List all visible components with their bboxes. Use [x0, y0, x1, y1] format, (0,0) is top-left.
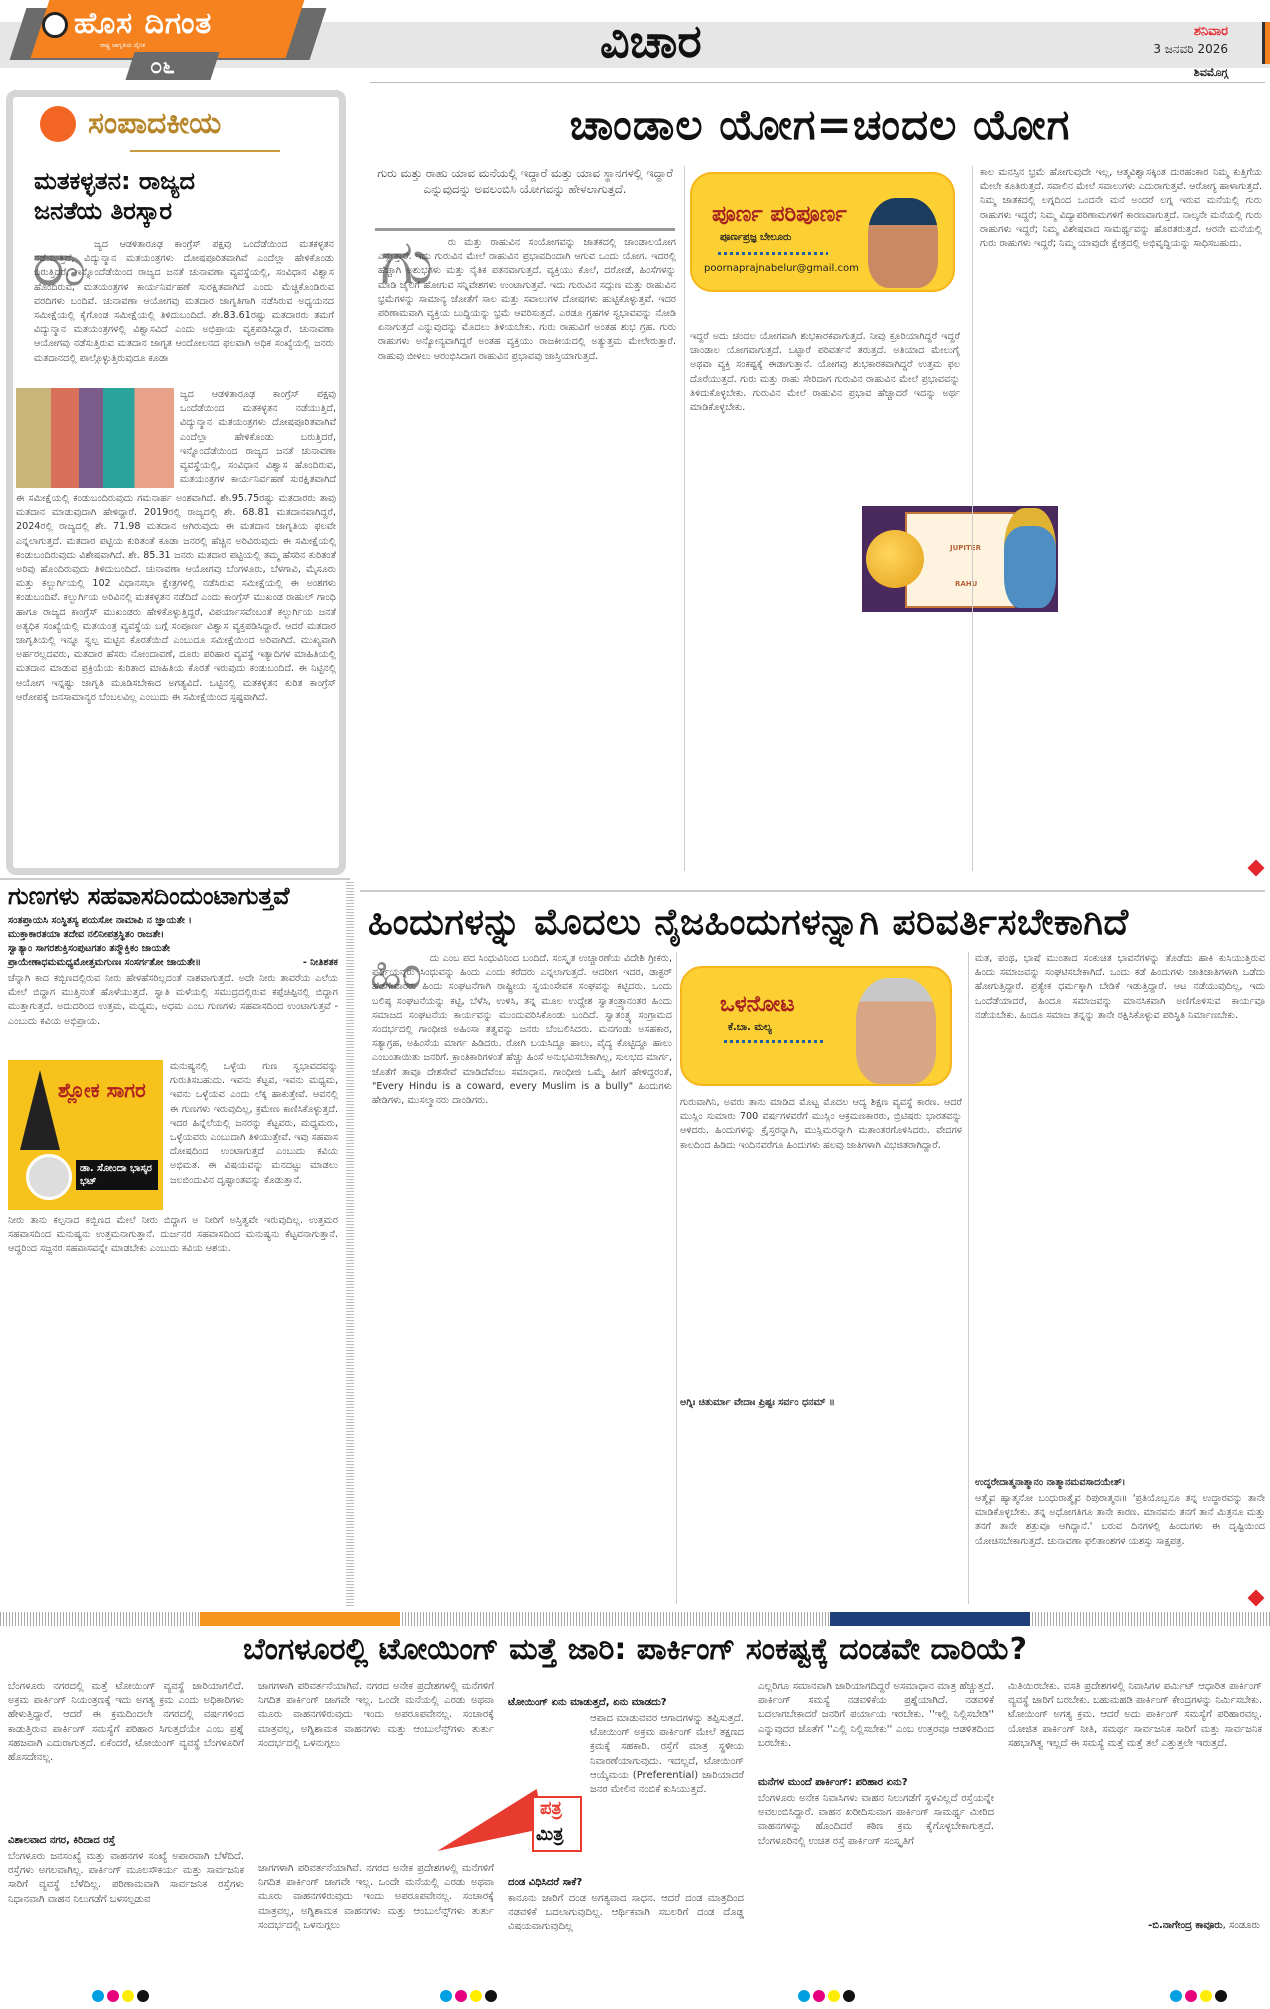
section-title: ವಿಚಾರ [600, 14, 702, 70]
registration-mark [92, 1990, 149, 2002]
column-dots [718, 252, 828, 255]
signature-place: , ಸಂಡೂರು [1223, 1920, 1260, 1931]
verse-line: ಸಂತಪ್ತಾಯಸಿ ಸಂಸ್ಥಿತಸ್ಯ ಪಯಸೋ ನಾಮಾಪಿ ನ ಜ್ಞಾ… [8, 914, 338, 928]
registration-mark [798, 1990, 855, 2002]
parking-headline[interactable]: ಬೆಂಗಳೂರಲ್ಲಿ ಟೋಯಿಂಗ್ ಮತ್ತೆ ಜಾರಿ: ಪಾರ್ಕಿಂಗ… [0, 1632, 1270, 1667]
subhashita-body3: ನೀರು ತಾನು ಕಲ್ಪನಾದ ಕಬ್ಬಿಣದ ಮೇಲೆ ನೀರು ಬಿದ್… [8, 1214, 338, 1604]
issue-date: 3 ಜನವರಿ 2026 [1153, 42, 1228, 57]
sanskrit-quote: ಉದ್ಧರೇದಾತ್ಮನಾತ್ಮಾನಂ ನಾತ್ಮಾನಮವಸಾದಯೇತ್। [975, 1476, 1265, 1490]
column-email[interactable]: poornaprajnabelur@gmail.com [704, 263, 859, 274]
verse-line: ಸ್ವಾತ್ಯಾಂ ಸಾಗರಶುಕ್ತಿಸಂಪುಟಗತಂ ತನ್ಮೌಕ್ತಿಕಂ… [8, 942, 338, 956]
stripe-blue-accent [830, 1612, 1030, 1626]
section-stripe [0, 1612, 1270, 1626]
column-divider [968, 952, 969, 1604]
column-name: ಪೂರ್ಣ ಪರಿಪೂರ್ಣ [712, 202, 847, 227]
column-author: ಪೂರ್ಣಪ್ರಜ್ಞ ಬೇಲೂರು [720, 232, 791, 243]
parking-subhead: ಮನೆಗಳ ಮುಂದೆ ಪಾರ್ಕಿಂಗ್: ಪರಿಹಾರ ಏನು? [758, 1776, 994, 1790]
verse-line: ಮುಕ್ತಾಕಾರತಯಾ ತದೇವ ನಲಿನೀಪತ್ರಸ್ಥಿತಂ ರಾಜತೇ। [8, 928, 338, 942]
hindu-col3b: ಆತ್ಮೈವ ಹ್ಯಾತ್ಮನೋ ಬಂಧುರಾತ್ಮೈವ ರಿಪುರಾತ್ಮನಃ… [975, 1492, 1265, 1602]
editorial-section-label: ಸಂಪಾದಕೀಯ [88, 106, 221, 141]
chart-label-rahu: RAHU [955, 580, 977, 588]
vertical-divider [346, 880, 354, 1606]
subhashita-verse: ಸಂತಪ್ತಾಯಸಿ ಸಂಸ್ಥಿತಸ್ಯ ಪಯಸೋ ನಾಮಾಪಿ ನ ಜ್ಞಾ… [8, 914, 338, 970]
author-photo [26, 1154, 72, 1200]
parking-col3b: ಕಾನೂನು ಜಾರಿಗೆ ದಂಡ ಅಗತ್ಯವಾದ ಸಾಧನ. ಆದರೆ ದಂ… [508, 1892, 744, 1932]
editorial-headline[interactable]: ಮತಕಳ್ಳತನ: ರಾಜ್ಯದ ಜನತೆಯ ತಿರಸ್ಕಾರ [34, 166, 334, 226]
parking-col1b: ಬೆಂಗಳೂರು ಜನಸಂಖ್ಯೆ ಮತ್ತು ವಾಹನಗಳ ಸಂಖ್ಯೆ ಅಪ… [8, 1850, 244, 1930]
column-author: ಕೆ.ಬಾ. ಮಲ್ಯ [728, 1022, 772, 1033]
verse-line: ಪ್ರಾಯೇಣಾಧಮಮಧ್ಯಮೋತ್ತಮಗುಣಃ ಸಂಸರ್ಗತೋ ಜಾಯತೇ॥ [8, 956, 201, 970]
parking-col5: ಮಿತಿಯಿರಬೇಕು. ವಸತಿ ಪ್ರದೇಶಗಳಲ್ಲಿ ನಿವಾಸಿಗಳ … [1008, 1680, 1262, 1920]
editorial-lead: ಜ್ಯದ ಆಡಳಿತಾರೂಢ ಕಾಂಗ್ರೆಸ್ ಪಕ್ಷವು ಒಂದೆಡೆಯಿ… [34, 238, 334, 383]
hindu-col3: ಮತ, ಪಂಥ, ಭಾಷೆ ಮುಂತಾದ ಸಂಕುಚಿತ ಭಾವನೆಗಳನ್ನು… [975, 952, 1265, 1472]
masthead-accent-bar [1262, 22, 1270, 64]
voters-queue-photo [16, 388, 174, 488]
chart-label-jupiter: JUPITER [950, 544, 981, 552]
parking-col2: ಜಾಗಗಳಾಗಿ ಪರಿವರ್ತನೆಯಾಗಿವೆ. ನಗರದ ಅನೇಕ ಪ್ರದ… [258, 1680, 494, 1800]
section-rule [360, 890, 1265, 892]
verse-source: - ನೀತಿಶತಕ [303, 956, 338, 970]
subhashita-body1: ಚೆನ್ನಾಗಿ ಕಾದ ಕಬ್ಬಿಣದಲ್ಲಿರುವ ನೀರು ಹೇಳಹೆಸರ… [8, 972, 338, 1058]
weekday: ಶನಿವಾರ [1194, 24, 1228, 39]
parking-col4: ಎಲ್ಲರಿಗೂ ಸಮಾನವಾಗಿ ಜಾರಿಯಾಗದಿದ್ದರೆ ಅಸಮಾಧಾನ… [758, 1680, 994, 1772]
signature-name: -ಬಿ.ನಾಗೇಂದ್ರ ಕಾವೂರು [1148, 1920, 1223, 1931]
masthead-rule [370, 82, 1265, 83]
editorial-headline-line2: ಜನತೆಯ ತಿರಸ್ಕಾರ [34, 196, 334, 226]
column-author: ಡಾ. ಸೋಂದಾ ಭಾಸ್ಕರ ಭಟ್ [76, 1160, 158, 1190]
column-divider [684, 166, 685, 871]
editorial-ornament [130, 150, 280, 152]
parking-col4b: ಬೆಂಗಳೂರು ಅನೇಕ ನಿವಾಸಿಗಳು ವಾಹನ ನಿಲುಗಡೆಗೆ ಸ… [758, 1792, 994, 1932]
jupiter-planet-icon [866, 530, 924, 588]
hindu-quote: ಅಗ್ನಿಃ ಚಿತುರ್ಮಾ ವೇದಾಃ ಪ್ರಿಷ್ಟಃ ಸರ್ವಂ ಧನಮ… [680, 1396, 962, 1604]
parking-subhead: ಟೋಯಿಂಗ್ ಏನು ಮಾಡುತ್ತದೆ, ಏನು ಮಾಡದು? [508, 1696, 744, 1710]
page-number: ೦೬ [150, 54, 175, 79]
column-name: ಒಳನೋಟ [720, 992, 795, 1017]
hindu-col1: ದು ಎಂಬ ಪದ ಸಿಂಧುವಿನಿಂದ ಬಂದಿದೆ. ಸಂಸ್ಕೃತ ಉಚ… [372, 952, 672, 1604]
hindu-headline[interactable]: ಹಿಂದುಗಳನ್ನು ಮೊದಲು ನೈಜಹಿಂದುಗಳನ್ನಾಗಿ ಪರಿವರ… [368, 902, 1268, 944]
hindu-col2: ಗುರುವಾಗಿನಿ, ಅವರು ತಾನು ಮಾಡಿದ ಮೊಟ್ಟ ಮೊದಲ ಆ… [680, 1096, 962, 1396]
mitra-label: ಮಿತ್ರ [536, 1824, 564, 1845]
newspaper-logo-icon [42, 12, 68, 38]
brand-name[interactable]: ಹೊಸ ದಿಗಂತ [74, 6, 212, 41]
parking-subhead: ದಂಡ ವಿಧಿಸಿದರೆ ಸಾಕೆ? [508, 1876, 744, 1890]
editorial-logo-icon [40, 106, 76, 142]
registration-mark [1170, 1990, 1227, 2002]
subhashita-body2: ಮನುಷ್ಯನಲ್ಲಿ ಒಳ್ಳೆಯ ಗುಣ ಸ್ವಭಾವದವನ್ನು ಗುರು… [170, 1060, 338, 1210]
column-dots [724, 1040, 824, 1043]
chandala-deck: ಗುರು ಮತ್ತು ರಾಹು ಯಾವ ಮನೆಯಲ್ಲಿ ಇದ್ದಾರೆ ಮತ್… [375, 165, 675, 197]
editorial-headline-line1: ಮತಕಳ್ಳತನ: ರಾಜ್ಯದ [34, 166, 334, 196]
column-divider [972, 166, 973, 871]
letter-signature: -ಬಿ.ನಾಗೇಂದ್ರ ಕಾವೂರು, ಸಂಡೂರು [1148, 1920, 1260, 1931]
subhashita-headline[interactable]: ಗುಣಗಳು ಸಹವಾಸದಿಂದುಂಟಾಗುತ್ತವೆ [8, 882, 289, 910]
parking-col1: ಬೆಂಗಳೂರು ನಗರದಲ್ಲಿ ಮತ್ತೆ ಟೋಯಿಂಗ್ ವ್ಯವಸ್ಥೆ… [8, 1680, 244, 1830]
chandala-headline[interactable]: ಚಾಂಡಾಲ ಯೋಗ=ಚಂದಲ ಯೋಗ [380, 100, 1260, 150]
editorial-side-text: ಜ್ಯದ ಆಡಳಿತಾರೂಢ ಕಾಂಗ್ರೆಸ್ ಪಕ್ಷವು ಒಂದೆಡೆಯಿ… [180, 388, 336, 488]
parking-col2b: ಜಾಗಗಳಾಗಿ ಪರಿವರ್ತನೆಯಾಗಿವೆ. ನಗರದ ಅನೇಕ ಪ್ರದ… [258, 1862, 494, 1932]
patra-label: ಪತ್ರ [540, 1798, 562, 1819]
edition-city: ಶಿವಮೊಗ್ಗ [1194, 66, 1228, 80]
author-photo [856, 978, 936, 1084]
section-rule [0, 878, 350, 880]
author-photo [868, 198, 938, 288]
registration-mark [440, 1990, 497, 2002]
column-badge-title: ಶ್ಲೋಕ ಸಾಗರ [58, 1078, 146, 1102]
parking-col3: ಆಪಾದ ಮಾಡುವವರ ಆಗಾದಗಳನ್ನು ತಪ್ಪಿಸುತ್ತದೆ. ಟೋ… [590, 1712, 744, 1862]
stripe-orange-accent [200, 1612, 400, 1626]
editorial-body: ಈ ಸಮೀಕ್ಷೆಯಲ್ಲಿ ಕಂಡುಬಂದಿರುವುದು ಗಮನಾರ್ಹ ಅಂ… [16, 492, 336, 862]
parking-subhead: ವಿಶಾಲವಾದ ನಗರ, ಕಿರಿದಾದ ರಸ್ತೆ [8, 1834, 244, 1848]
chandala-col1: ರು ಮತ್ತು ರಾಹುವಿನ ಸಂಯೋಗವನ್ನು ಜಾತಕದಲ್ಲಿ ಚಾ… [378, 236, 676, 876]
brand-tagline: ರಾಷ್ಟ್ರ ಜಾಗೃತಿಯ ದೈನಿಕ [100, 42, 145, 50]
column-divider [676, 952, 677, 1604]
chandala-col3: ಕಾಲ ಮನಸ್ಸಿನ ಭ್ರಮೆ ಹೋಗುವುದೇ ಇಲ್ಲ, ಆತ್ಮವಿಶ… [980, 166, 1262, 871]
